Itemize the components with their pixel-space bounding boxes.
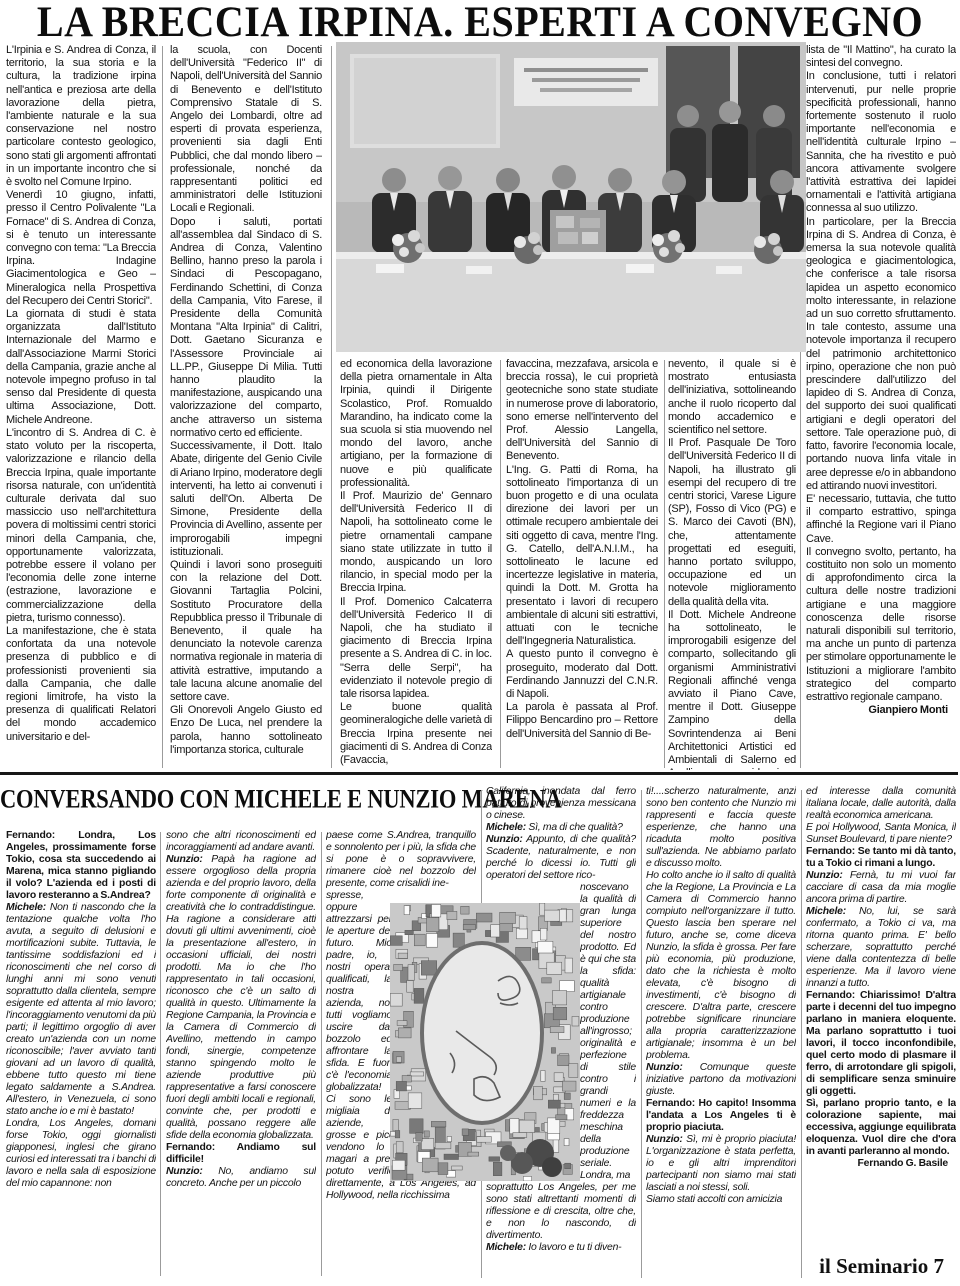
paragraph: Londra, Los Angeles, domani forse Tokio,… xyxy=(6,1118,156,1190)
page-footer: il Seminario 7 xyxy=(819,1254,944,1279)
mirror-photo xyxy=(390,903,580,1181)
interview-column-1: Fernando: Londra, Los Angeles, prossimam… xyxy=(6,830,156,1282)
paragraph: In particolare, per la Breccia Irpina di… xyxy=(806,216,956,493)
paragraph: L'Ing. G. Patti di Roma, ha sottolineato… xyxy=(506,464,658,649)
paragraph: la scuola, con Docenti dell'Università "… xyxy=(170,44,322,216)
column-rule xyxy=(641,790,642,1278)
speaker-label: Nunzio: xyxy=(486,834,523,845)
paragraph: soprattutto Los Angeles, per me sono sta… xyxy=(486,1182,636,1242)
column-rule xyxy=(331,46,332,768)
paragraph: Gli Onorevoli Angelo Giusto ed Enzo De L… xyxy=(170,704,322,757)
speaker-label: Nunzio: xyxy=(646,1134,683,1145)
paragraph: Michele: No, lui, se sarà confermato, a … xyxy=(806,906,956,990)
speaker-label: Michele: xyxy=(806,906,846,917)
paragraph: La manifestazione, che è stata confortat… xyxy=(6,625,156,744)
paragraph: spresse, oppure attrezzarsi per le apert… xyxy=(326,890,392,1130)
paragraph: Il Prof. Domenico Calcaterra dell'Univer… xyxy=(340,596,492,702)
conference-photo-illustration xyxy=(336,42,806,352)
interview-column-6: ed interesse dalla comunità italiana loc… xyxy=(806,786,956,1252)
paragraph: Nunzio: Papà ha ragione ad essere orgogl… xyxy=(166,854,316,1142)
paragraph: Michele: Io lavoro e tu ti diven- xyxy=(486,1242,636,1254)
paragraph: Dopo i saluti, portati all'assemblea dal… xyxy=(170,216,322,440)
interview-column-5: ti!....scherzo naturalmente, anzi sono b… xyxy=(646,786,796,1282)
paragraph: In conclusione, tutti i relatori interve… xyxy=(806,70,956,215)
interview-headline: CONVERSANDO CON MICHELE E NUNZIO MARENA xyxy=(0,784,482,815)
paragraph: Nunzio: Appunto, di che qualità? Scadent… xyxy=(486,834,636,882)
paragraph: Il Prof. Pasquale De Toro dell'Universit… xyxy=(668,437,796,609)
paragraph: A questo punto il convegno è proseguito,… xyxy=(506,648,658,701)
interview-column-2: sono che altri riconoscimenti ed incorag… xyxy=(166,830,316,1282)
speaker-label: Nunzio: xyxy=(166,1166,203,1177)
paragraph: Quindi i lavori sono proseguiti con la r… xyxy=(170,559,322,704)
paragraph: Ho colto anche io il salto di qualità ch… xyxy=(646,870,796,1062)
paragraph: Siamo stati accolti con amicizia xyxy=(646,1194,796,1206)
paragraph: L'Irpinia e S. Andrea di Conza, il terri… xyxy=(6,44,156,189)
speaker-label: Nunzio: xyxy=(646,1062,683,1073)
byline: Gianpiero Monti xyxy=(806,704,956,717)
paragraph: Nunzio: Sì, mi è proprio piaciuta! L'org… xyxy=(646,1134,796,1194)
column-rule xyxy=(801,790,802,1278)
paragraph: Il convegno svolto, pertanto, ha costitu… xyxy=(806,546,956,704)
paragraph: Nunzio: Fernà, tu mi vuoi far cacciare d… xyxy=(806,870,956,906)
paragraph: Fernando: Andiamo sul difficile! xyxy=(166,1142,316,1166)
column-rule xyxy=(664,360,665,768)
paragraph: E poi Hollywood, Santa Monica, il Sunset… xyxy=(806,822,956,846)
conference-photo xyxy=(336,42,806,352)
speaker-label: Michele: xyxy=(486,822,526,833)
speaker-label: Michele: xyxy=(486,1242,526,1253)
paragraph: Il Prof. Maurizio de' Gennaro dell'Unive… xyxy=(340,490,492,596)
mirror-photo-illustration xyxy=(390,903,580,1181)
paragraph: ed economica della lavorazione della pie… xyxy=(340,358,492,490)
paragraph: nevento, il quale si è mostrato entusias… xyxy=(668,358,796,437)
paragraph: Michele: Sì, ma di che qualità? xyxy=(486,822,636,834)
paragraph: Sì, parlano proprio tanto, e la colorazi… xyxy=(806,1098,956,1158)
paragraph: Fernando: Londra, Los Angeles, prossimam… xyxy=(6,830,156,902)
article1-column-6: lista de "Il Mattino", ha curato la sint… xyxy=(806,44,956,770)
article1-column-3: ed economica della lavorazione della pie… xyxy=(340,358,492,770)
paragraph: Nunzio: Comunque queste iniziative parto… xyxy=(646,1062,796,1098)
paragraph: California, inondata dal ferro battuto d… xyxy=(486,786,636,822)
speaker-label: Michele: xyxy=(6,902,46,913)
paragraph: Le buone qualità geomineralogiche delle … xyxy=(340,701,492,767)
paragraph: ti!....scherzo naturalmente, anzi sono b… xyxy=(646,786,796,870)
paragraph: Fernando: Se tanto mi dà tanto, tu a Tok… xyxy=(806,846,956,870)
newspaper-page: LA BRECCIA IRPINA. ESPERTI A CONVEGNO L'… xyxy=(0,0,960,1286)
paragraph: sono che altri riconoscimenti ed incorag… xyxy=(166,830,316,854)
paragraph: Fernando: Chiarissimo! D'altra parte i d… xyxy=(806,990,956,1098)
paragraph: Fernando: Ho capito! Insomma l'andata a … xyxy=(646,1098,796,1134)
article1-column-5: nevento, il quale si è mostrato entusias… xyxy=(668,358,796,770)
speaker-label: Nunzio: xyxy=(166,854,203,865)
paragraph: E' necessario, tuttavia, che tutto il co… xyxy=(806,493,956,546)
paragraph: La giornata di studi è stata organizzata… xyxy=(6,308,156,427)
paragraph: Successivamente, il Dott. Italo Abate, d… xyxy=(170,440,322,559)
article1-headline: LA BRECCIA IRPINA. ESPERTI A CONVEGNO xyxy=(0,0,960,47)
paragraph: Il Dott. Michele Andreone ha sottolineat… xyxy=(668,609,796,770)
paragraph: favaccina, mezzafava, arsicola e breccia… xyxy=(506,358,658,464)
speaker-label: Nunzio: xyxy=(806,870,843,881)
paragraph: Nunzio: No, andiamo sul concreto. Anche … xyxy=(166,1166,316,1190)
column-rule xyxy=(500,360,501,768)
column-rule xyxy=(160,832,161,1276)
paragraph: ed interesse dalla comunità italiana loc… xyxy=(806,786,956,822)
article1-column-4: favaccina, mezzafava, arsicola e breccia… xyxy=(506,358,658,770)
paragraph: lista de "Il Mattino", ha curato la sint… xyxy=(806,44,956,70)
paragraph: Venerdì 10 giugno, infatti, presso il Ce… xyxy=(6,189,156,308)
paragraph: La parola è passata al Prof. Filippo Ben… xyxy=(506,701,658,741)
paragraph: Michele: Non ti nascondo che la tentazio… xyxy=(6,902,156,1118)
column-rule xyxy=(162,46,163,768)
column-rule xyxy=(321,832,322,1276)
stone-display xyxy=(550,210,606,252)
paragraph: paese come S.Andrea, tranquillo e sonnol… xyxy=(326,830,476,890)
byline: Fernando G. Basile xyxy=(806,1158,956,1170)
section-divider xyxy=(0,772,958,775)
article1-column-2: la scuola, con Docenti dell'Università "… xyxy=(170,44,322,770)
article1-column-1: L'Irpinia e S. Andrea di Conza, il terri… xyxy=(6,44,156,770)
paragraph: noscevano la qualità di gran lunga super… xyxy=(580,882,636,1182)
paragraph: L'incontro di S. Andrea di C. è stato vo… xyxy=(6,427,156,625)
